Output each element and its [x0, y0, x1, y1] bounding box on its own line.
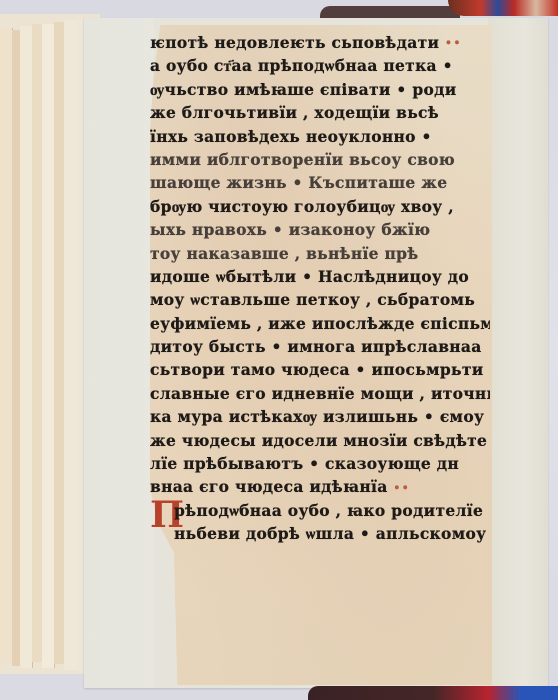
- leaf-edge: [64, 20, 79, 670]
- photo-scene: ѥпотѣ недовлеѥть сьповѣдати•• а оубо ст҃…: [0, 0, 558, 700]
- text-line: ѥпотѣ недовлеѥть сьповѣдати••: [150, 31, 490, 54]
- restoration-paper-right: [488, 18, 548, 688]
- text-line: шающе жизнь • Къспиташе же: [150, 171, 490, 194]
- text-line: а оубо ст҃аа прѣподѡбнаа петка •: [150, 54, 490, 77]
- red-dot-marker: ••: [445, 38, 462, 49]
- text-line: рѣподѡбнаа оубо , ꙗко родителїе: [174, 499, 486, 522]
- text-line: идоше ѡбытѣли • Наслѣдницоу до: [150, 265, 490, 288]
- restoration-paper-left: [84, 18, 154, 688]
- text-line: ка мура истѣкахѹ излишьнь • ємоу: [150, 405, 490, 428]
- text-line: ньбеви добрѣ ѡшла • апльскомоу: [174, 522, 486, 545]
- red-initial-letter: П: [150, 497, 172, 533]
- red-dot-marker: ••: [394, 483, 411, 494]
- initial-paragraph: П рѣподѡбнаа оубо , ꙗко родителїе ньбеви…: [150, 499, 490, 546]
- text-line: тоу наказавше , вьнѣнїе прѣ: [150, 242, 490, 265]
- book-cover-edge: [320, 6, 460, 18]
- text-line: еуфимїемь , иже ипослѣжде єпіспьма: [150, 312, 490, 335]
- text-line: имми иблготворенїи вьсоу свою: [150, 148, 490, 171]
- text-line: же чюдесы идосели мнозїи свѣдѣте: [150, 429, 490, 452]
- text-line: ѹчьство имѣꙗше єпівати • роди: [150, 78, 490, 101]
- text-line: сьтвори тамо чюдеса • ипосьмрьти: [150, 358, 490, 381]
- text-line: лїе прѣбываютъ • сказоующе дн: [150, 452, 490, 475]
- initial-paragraph-lines: рѣподѡбнаа оубо , ꙗко родителїе ньбеви д…: [174, 499, 486, 546]
- textile-bottom-right: [308, 686, 558, 700]
- text-line: внаа єго чюдеса идѣꙗнїа••: [150, 475, 490, 498]
- text-line: брѹю чистоую голоубицѹ хвоу ,: [150, 195, 490, 218]
- text-line: славные єго идневнїе мощи , иточни: [150, 382, 490, 405]
- printed-text-block: ѥпотѣ недовлеѥть сьповѣдати•• а оубо ст҃…: [150, 31, 490, 546]
- text-line: ыхь нравохь • изаконоу бжїю: [150, 218, 490, 241]
- text-line: моу ѡставльше петкоу , сьбратомь: [150, 288, 490, 311]
- text-line: же блгочьтивїи , ходещїи вьсѣ: [150, 101, 490, 124]
- text-line: їнхь заповѣдехь неоуклонно •: [150, 125, 490, 148]
- text-line: дитоу бысть • имнога ипрѣславнаа: [150, 335, 490, 358]
- textile-top-right: [448, 0, 558, 16]
